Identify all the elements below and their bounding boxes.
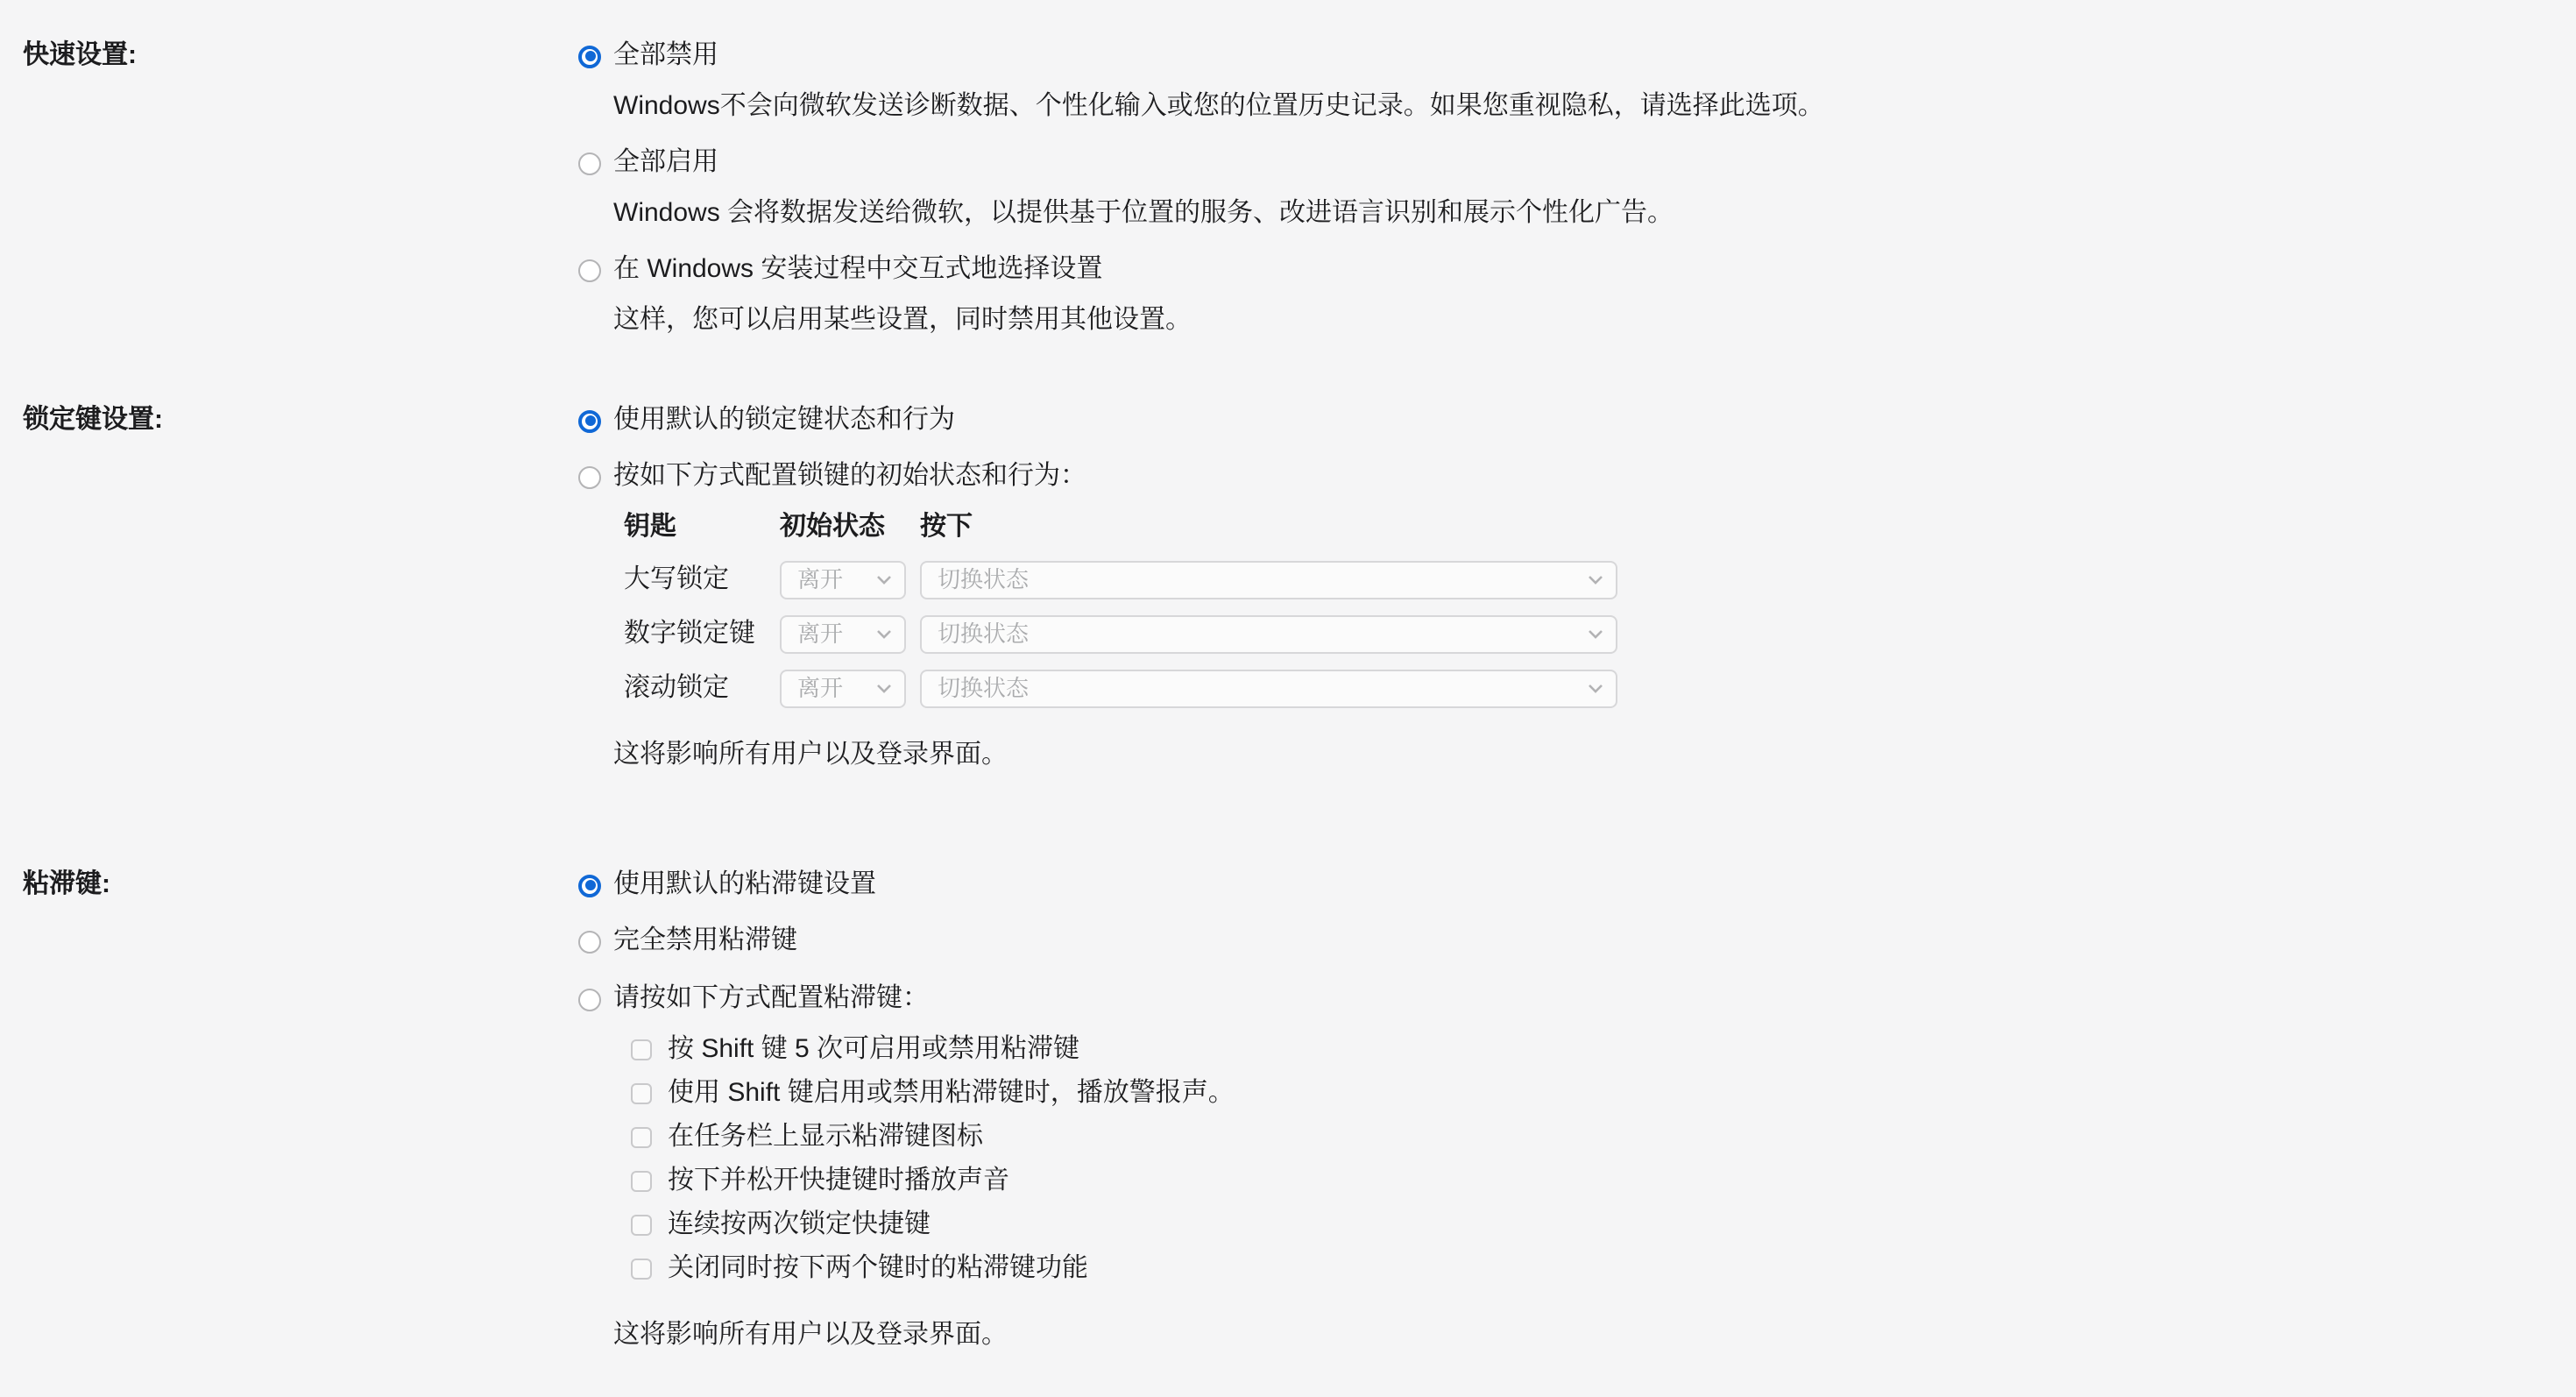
radio-row-disable-sticky-keys[interactable]: 完全禁用粘滞键 bbox=[578, 924, 2576, 959]
radio-label-enable-all: 全部启用 bbox=[613, 145, 718, 181]
radio-row-configure-sticky-keys[interactable]: 请按如下方式配置粘滞键： bbox=[578, 982, 2576, 1017]
radio-label-configure-lock-keys: 按如下方式配置锁键的初始状态和行为： bbox=[613, 459, 1086, 494]
lock-keys-table: 钥匙 初始状态 按下 大写锁定 离开 切换状态 数字锁定 bbox=[624, 510, 2576, 708]
checkbox-play-sound[interactable] bbox=[631, 1171, 652, 1192]
radio-row-choose-interactively[interactable]: 在 Windows 安装过程中交互式地选择设置 bbox=[578, 252, 2576, 287]
caps-lock-initial-value: 离开 bbox=[797, 563, 843, 598]
desc-choose-interactively: 这样，您可以启用某些设置，同时禁用其他设置。 bbox=[613, 303, 2576, 338]
chevron-down-icon bbox=[876, 629, 892, 640]
radio-row-configure-lock-keys[interactable]: 按如下方式配置锁键的初始状态和行为： bbox=[578, 459, 2576, 494]
chevron-down-icon bbox=[1588, 629, 1603, 640]
radio-row-disable-all[interactable]: 全部禁用 bbox=[578, 39, 2576, 74]
radio-default-lock-keys[interactable] bbox=[578, 409, 601, 432]
radio-label-disable-all: 全部禁用 bbox=[613, 39, 718, 74]
section-label-quick-settings: 快速设置: bbox=[23, 39, 137, 74]
chevron-down-icon bbox=[876, 575, 892, 585]
checkbox-row-alarm-sound[interactable]: 使用 Shift 键启用或禁用粘滞键时，播放警报声。 bbox=[631, 1076, 2576, 1111]
caps-lock-pressed-value: 切换状态 bbox=[938, 563, 1029, 598]
settings-pane: 快速设置: 全部禁用 Windows不会向微软发送诊断数据、个性化输入或您的位置… bbox=[0, 0, 2576, 1397]
radio-label-configure-sticky-keys: 请按如下方式配置粘滞键： bbox=[613, 982, 929, 1017]
checkbox-label-two-keys-off: 关闭同时按下两个键时的粘滞键功能 bbox=[668, 1252, 1088, 1287]
radio-row-enable-all[interactable]: 全部启用 bbox=[578, 145, 2576, 181]
checkbox-alarm-sound[interactable] bbox=[631, 1083, 652, 1104]
checkbox-two-keys-off[interactable] bbox=[631, 1259, 652, 1280]
section-label-sticky-keys: 粘滞键: bbox=[23, 868, 110, 903]
col-header-pressed: 按下 bbox=[920, 510, 1617, 545]
caps-lock-initial-select[interactable]: 离开 bbox=[780, 561, 906, 599]
table-row-scroll-lock: 滚动锁定 离开 切换状态 bbox=[624, 670, 2576, 708]
scroll-lock-pressed-select[interactable]: 切换状态 bbox=[920, 670, 1617, 708]
checkbox-label-alarm-sound: 使用 Shift 键启用或禁用粘滞键时，播放警报声。 bbox=[668, 1076, 1235, 1111]
checkbox-row-shift-five-times[interactable]: 按 Shift 键 5 次可启用或禁用粘滞键 bbox=[631, 1032, 2576, 1067]
radio-row-default-sticky-keys[interactable]: 使用默认的粘滞键设置 bbox=[578, 868, 2576, 903]
checkbox-double-press-lock[interactable] bbox=[631, 1215, 652, 1236]
radio-enable-all[interactable] bbox=[578, 152, 601, 174]
row-label-num-lock: 数字锁定键 bbox=[624, 617, 780, 652]
checkbox-label-play-sound: 按下并松开快捷键时播放声音 bbox=[668, 1164, 1009, 1199]
radio-disable-sticky-keys[interactable] bbox=[578, 930, 601, 953]
row-label-scroll-lock: 滚动锁定 bbox=[624, 671, 780, 706]
radio-configure-lock-keys[interactable] bbox=[578, 465, 601, 488]
checkbox-row-taskbar-icon[interactable]: 在任务栏上显示粘滞键图标 bbox=[631, 1120, 2576, 1155]
radio-default-sticky-keys[interactable] bbox=[578, 874, 601, 897]
radio-label-choose-interactively: 在 Windows 安装过程中交互式地选择设置 bbox=[613, 252, 1102, 287]
scroll-lock-initial-select[interactable]: 离开 bbox=[780, 670, 906, 708]
radio-configure-sticky-keys[interactable] bbox=[578, 988, 601, 1011]
radio-label-default-sticky-keys: 使用默认的粘滞键设置 bbox=[613, 868, 876, 903]
checkbox-row-play-sound[interactable]: 按下并松开快捷键时播放声音 bbox=[631, 1164, 2576, 1199]
chevron-down-icon bbox=[1588, 575, 1603, 585]
lock-keys-table-header: 钥匙 初始状态 按下 bbox=[624, 510, 2576, 545]
desc-enable-all: Windows 会将数据发送给微软，以提供基于位置的服务、改进语言识别和展示个性… bbox=[613, 196, 2576, 231]
caps-lock-pressed-select[interactable]: 切换状态 bbox=[920, 561, 1617, 599]
num-lock-initial-select[interactable]: 离开 bbox=[780, 615, 906, 654]
table-row-num-lock: 数字锁定键 离开 切换状态 bbox=[624, 615, 2576, 654]
scroll-lock-pressed-value: 切换状态 bbox=[938, 671, 1029, 706]
radio-row-default-lock-keys[interactable]: 使用默认的锁定键状态和行为 bbox=[578, 403, 2576, 438]
checkbox-label-shift-five-times: 按 Shift 键 5 次可启用或禁用粘滞键 bbox=[668, 1032, 1079, 1067]
num-lock-initial-value: 离开 bbox=[797, 617, 843, 652]
chevron-down-icon bbox=[1588, 684, 1603, 694]
checkbox-shift-five-times[interactable] bbox=[631, 1039, 652, 1060]
checkbox-row-two-keys-off[interactable]: 关闭同时按下两个键时的粘滞键功能 bbox=[631, 1252, 2576, 1287]
row-label-caps-lock: 大写锁定 bbox=[624, 563, 780, 598]
lock-keys-note: 这将影响所有用户以及登录界面。 bbox=[613, 738, 2576, 773]
checkbox-row-double-press-lock[interactable]: 连续按两次锁定快捷键 bbox=[631, 1208, 2576, 1243]
col-header-initial-state: 初始状态 bbox=[780, 510, 920, 545]
checkbox-label-taskbar-icon: 在任务栏上显示粘滞键图标 bbox=[668, 1120, 983, 1155]
num-lock-pressed-value: 切换状态 bbox=[938, 617, 1029, 652]
scroll-lock-initial-value: 离开 bbox=[797, 671, 843, 706]
section-label-lock-keys: 锁定键设置: bbox=[23, 403, 163, 438]
num-lock-pressed-select[interactable]: 切换状态 bbox=[920, 615, 1617, 654]
checkbox-label-double-press-lock: 连续按两次锁定快捷键 bbox=[668, 1208, 931, 1243]
radio-label-disable-sticky-keys: 完全禁用粘滞键 bbox=[613, 924, 797, 959]
radio-label-default-lock-keys: 使用默认的锁定键状态和行为 bbox=[613, 403, 955, 438]
col-header-key: 钥匙 bbox=[624, 510, 780, 545]
radio-choose-interactively[interactable] bbox=[578, 259, 601, 281]
table-row-caps-lock: 大写锁定 离开 切换状态 bbox=[624, 561, 2576, 599]
sticky-keys-note: 这将影响所有用户以及登录界面。 bbox=[613, 1318, 2576, 1353]
desc-disable-all: Windows不会向微软发送诊断数据、个性化输入或您的位置历史记录。如果您重视隐… bbox=[613, 89, 2576, 124]
checkbox-taskbar-icon[interactable] bbox=[631, 1127, 652, 1148]
chevron-down-icon bbox=[876, 684, 892, 694]
radio-disable-all[interactable] bbox=[578, 45, 601, 67]
